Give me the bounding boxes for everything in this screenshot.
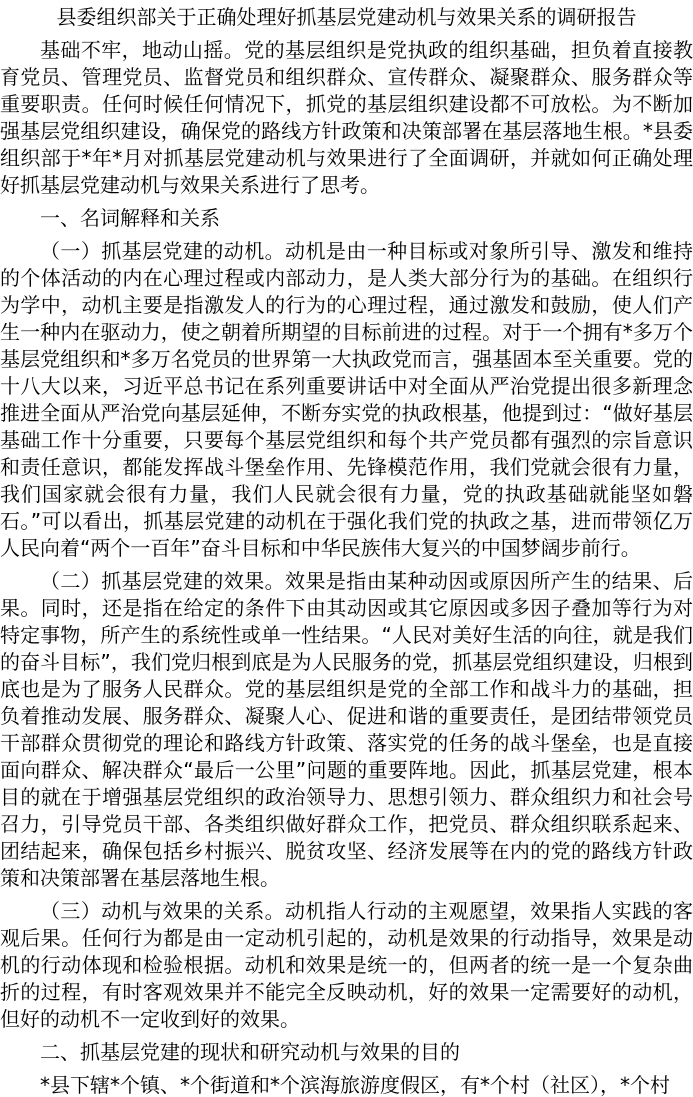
document-page: 县委组织部关于正确处理好抓基层党建动机与效果关系的调研报告 基础不牢，地动山摇。… <box>0 0 693 1097</box>
paragraph-county-overview: *县下辖*个镇、*个街道和*个滨海旅游度假区，有*个村（社区），*个村 <box>0 1072 693 1097</box>
paragraph-relationship: （三）动机与效果的关系。动机指人行动的主观愿望，效果指人实践的客观后果。任何行为… <box>0 898 693 1033</box>
document-title: 县委组织部关于正确处理好抓基层党建动机与效果关系的调研报告 <box>0 4 693 31</box>
section-heading-2: 二、抓基层党建的现状和研究动机与效果的目的 <box>0 1039 693 1066</box>
section-heading-1: 一、名词解释和关系 <box>0 205 693 232</box>
paragraph-effect: （二）抓基层党建的效果。效果是指由某种动因或原因所产生的结果、后果。同时，还是指… <box>0 568 693 892</box>
paragraph-motive: （一）抓基层党建的动机。动机是由一种目标或对象所引导、激发和维持的个体活动的内在… <box>0 238 693 562</box>
paragraph-intro: 基础不牢，地动山摇。党的基层组织是党执政的组织基础，担负着直接教育党员、管理党员… <box>0 37 693 199</box>
